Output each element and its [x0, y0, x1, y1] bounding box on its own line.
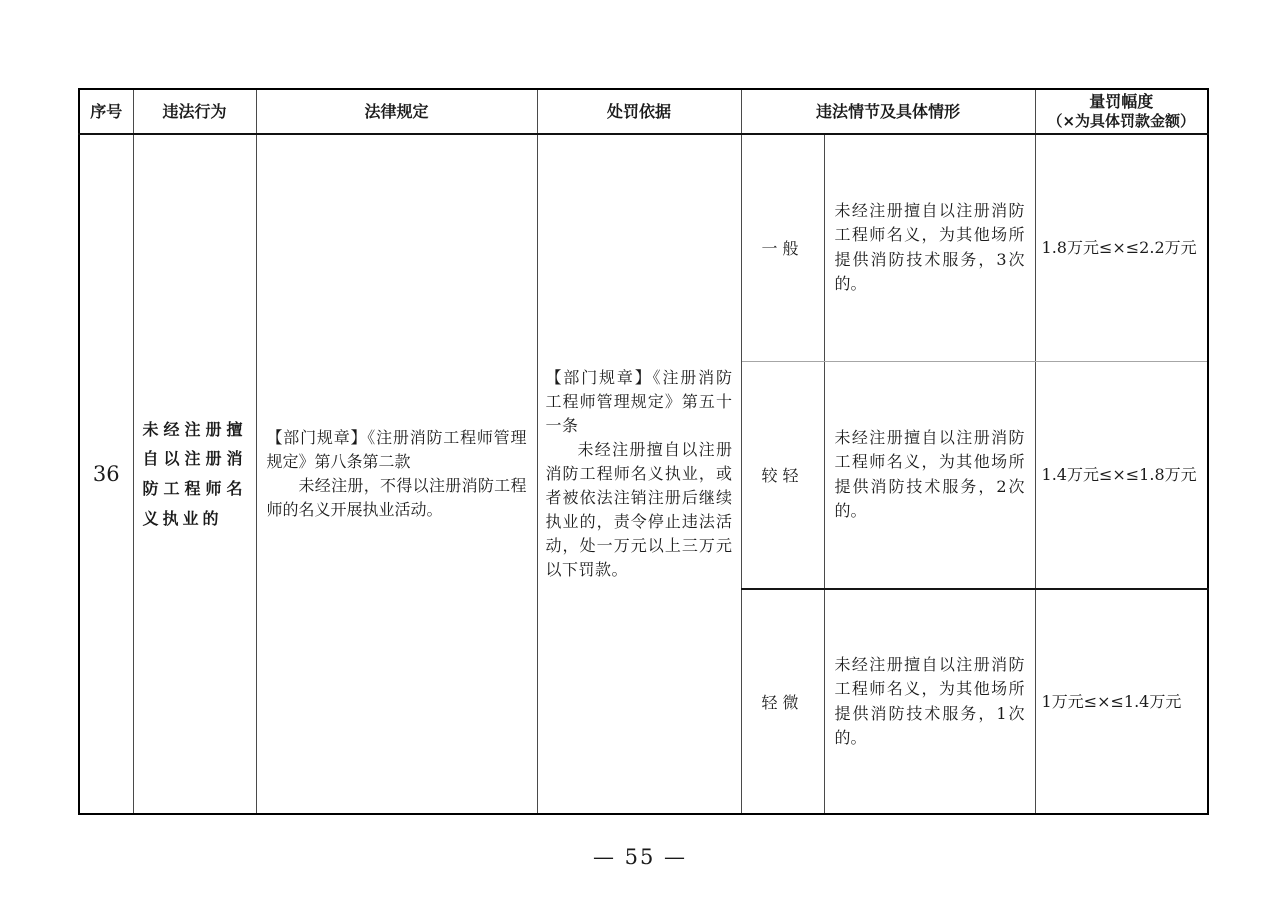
header-range: 量罚幅度 （×为具体罚款金额）	[1035, 89, 1208, 134]
basis-paragraph-1: 【部门规章】《注册消防工程师管理规定》第五十一条	[546, 366, 733, 438]
cell-severity-general: 一般	[741, 134, 824, 361]
law-paragraph-2: 未经注册，不得以注册消防工程师的名义开展执业活动。	[267, 474, 527, 522]
page-number: — 55 —	[0, 845, 1280, 869]
cell-severity-minor: 轻微	[741, 589, 824, 814]
law-paragraph-1: 【部门规章】《注册消防工程师管理规定》第八条第二款	[267, 426, 527, 474]
header-range-line2: （×为具体罚款金额）	[1036, 112, 1208, 131]
header-seq: 序号	[79, 89, 133, 134]
basis-paragraph-2: 未经注册擅自以注册消防工程师名义执业，或者被依法注销注册后继续执业的，责令停止违…	[546, 438, 733, 582]
behavior-text: 未经注册擅自以注册消防工程师名义执业的	[143, 415, 247, 533]
cell-severity-lighter: 较轻	[741, 361, 824, 589]
cell-detail-general: 未经注册擅自以注册消防工程师名义，为其他场所提供消防技术服务，3次的。	[824, 134, 1035, 361]
cell-law: 【部门规章】《注册消防工程师管理规定》第八条第二款 未经注册，不得以注册消防工程…	[256, 134, 537, 814]
table-row-general: 36 未经注册擅自以注册消防工程师名义执业的 【部门规章】《注册消防工程师管理规…	[79, 134, 1208, 361]
header-behavior: 违法行为	[133, 89, 256, 134]
cell-detail-minor: 未经注册擅自以注册消防工程师名义，为其他场所提供消防技术服务，1次的。	[824, 589, 1035, 814]
cell-range-minor: 1万元≤×≤1.4万元	[1035, 589, 1208, 814]
header-law: 法律规定	[256, 89, 537, 134]
cell-seq: 36	[79, 134, 133, 814]
header-basis: 处罚依据	[537, 89, 741, 134]
cell-range-general: 1.8万元≤×≤2.2万元	[1035, 134, 1208, 361]
penalty-discretion-table: 序号 违法行为 法律规定 处罚依据 违法情节及具体情形 量罚幅度 （×为具体罚款…	[78, 88, 1209, 815]
header-range-line1: 量罚幅度	[1036, 92, 1208, 112]
cell-basis: 【部门规章】《注册消防工程师管理规定》第五十一条 未经注册擅自以注册消防工程师名…	[537, 134, 741, 814]
cell-range-lighter: 1.4万元≤×≤1.8万元	[1035, 361, 1208, 589]
table-header-row: 序号 违法行为 法律规定 处罚依据 违法情节及具体情形 量罚幅度 （×为具体罚款…	[79, 89, 1208, 134]
cell-behavior: 未经注册擅自以注册消防工程师名义执业的	[133, 134, 256, 814]
cell-detail-lighter: 未经注册擅自以注册消防工程师名义，为其他场所提供消防技术服务，2次的。	[824, 361, 1035, 589]
header-circumstance: 违法情节及具体情形	[741, 89, 1035, 134]
document-page: 序号 违法行为 法律规定 处罚依据 违法情节及具体情形 量罚幅度 （×为具体罚款…	[0, 0, 1280, 905]
